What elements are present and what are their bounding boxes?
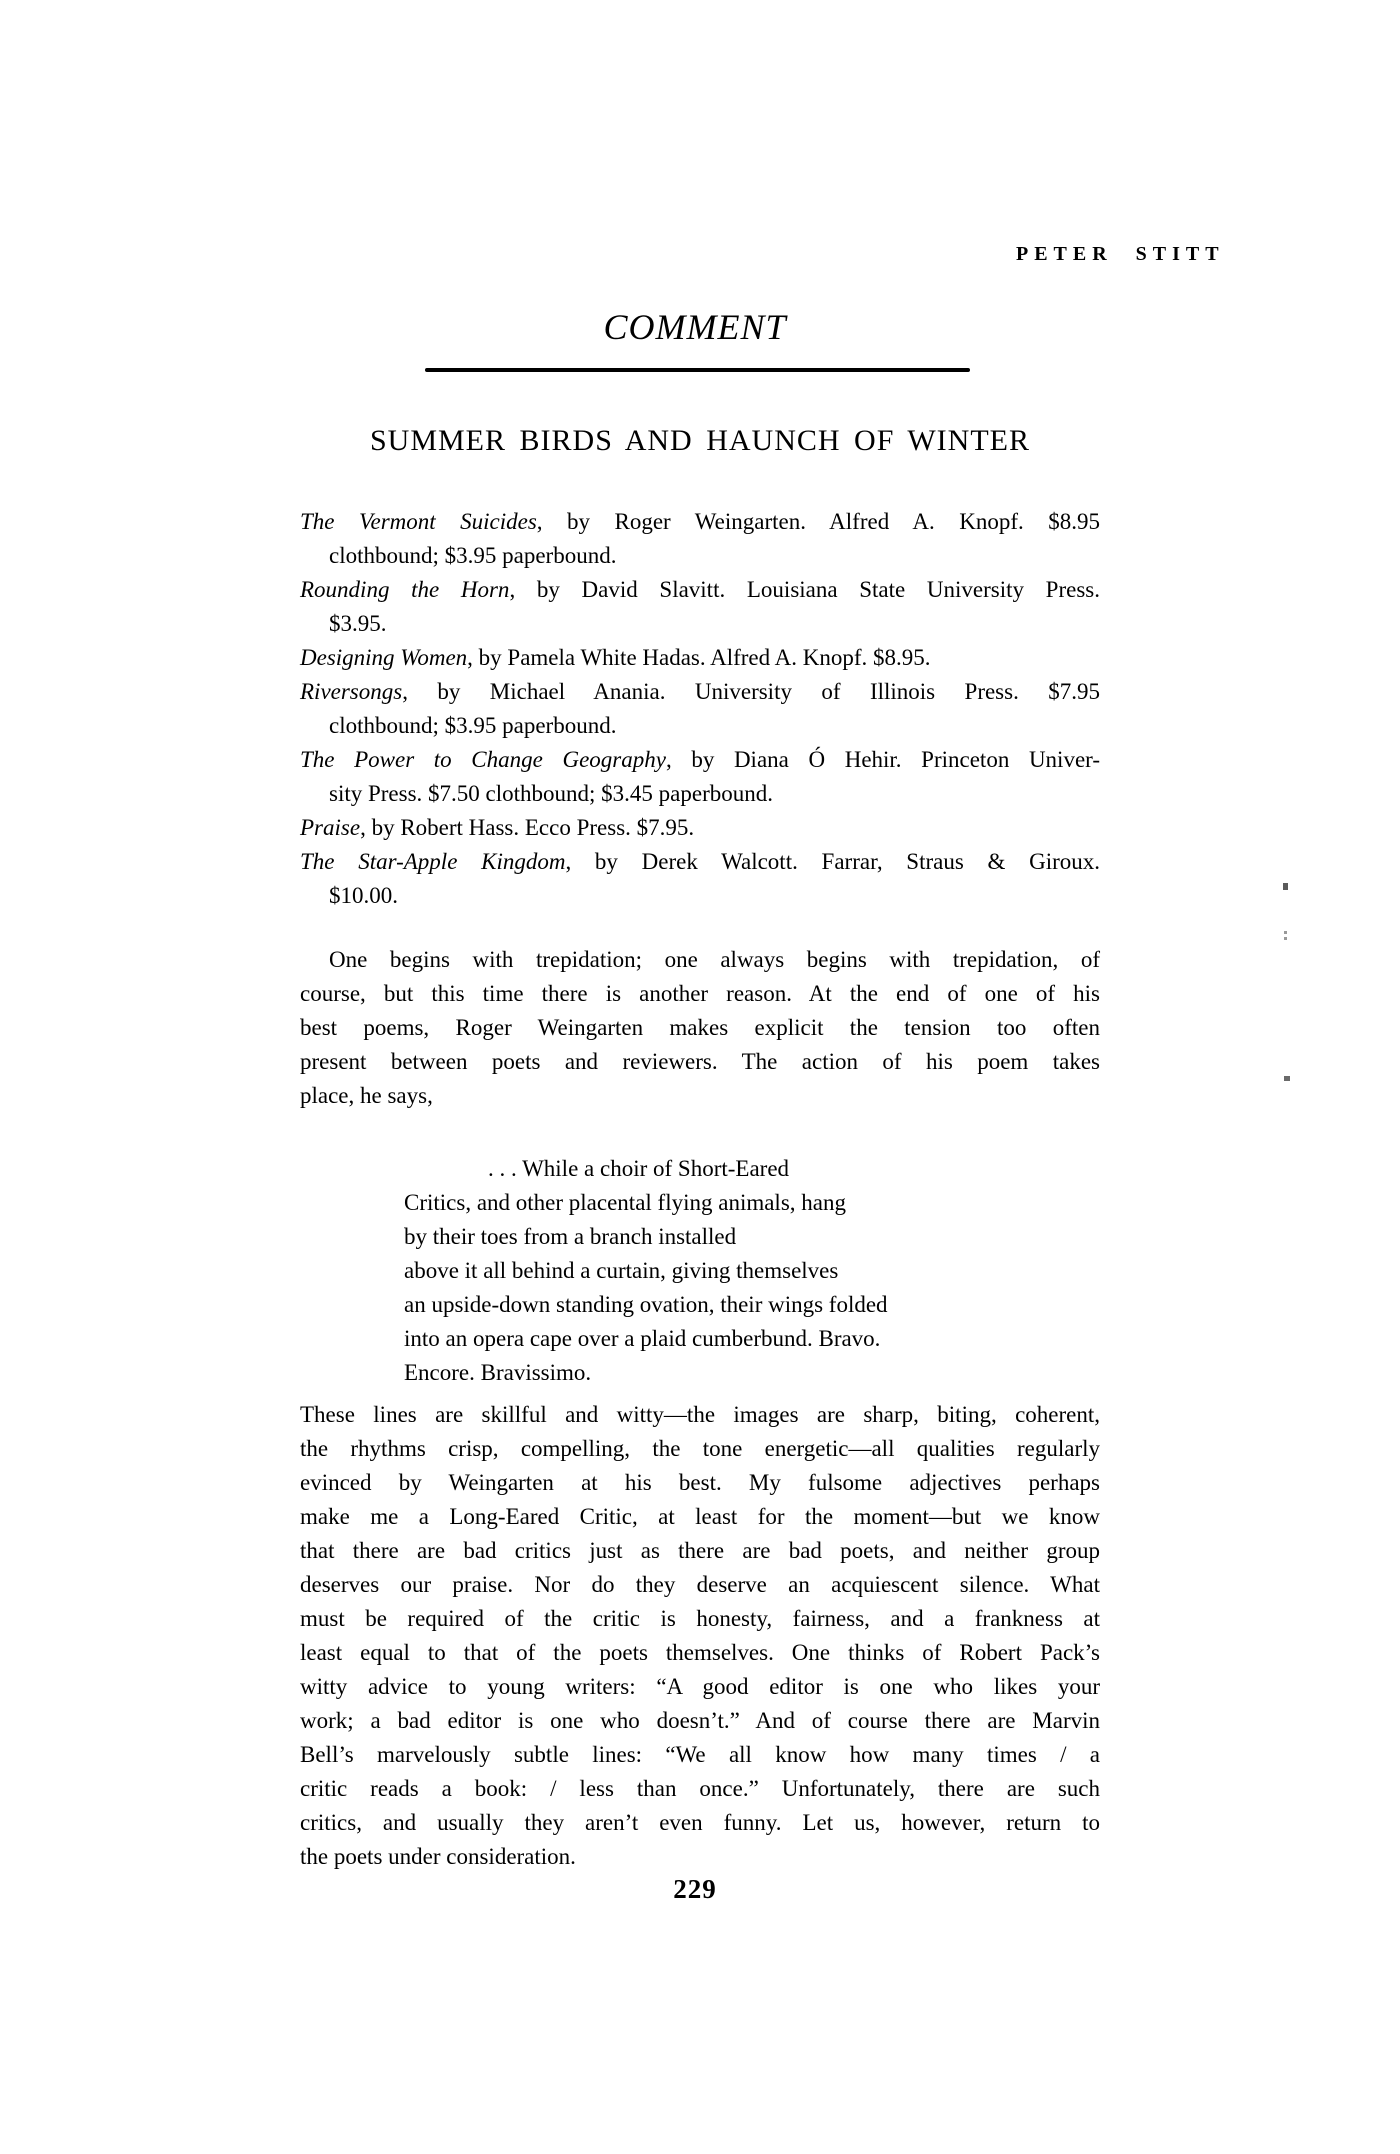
scan-artifact-speck — [1284, 937, 1287, 940]
text-line: One begins with trepidation; one always … — [300, 943, 1100, 977]
bibliography-line: The Star-Apple Kingdom, by Derek Walcott… — [300, 845, 1100, 879]
text-line: Bell’s marvelously subtle lines: “We all… — [300, 1738, 1100, 1772]
poem-line: into an opera cape over a plaid cumberbu… — [404, 1322, 1100, 1356]
bibliography-entry: Designing Women, by Pamela White Hadas. … — [300, 641, 1100, 675]
poem-quote: . . . While a choir of Short-EaredCritic… — [404, 1152, 1100, 1390]
bibliography-list: The Vermont Suicides, by Roger Weingarte… — [300, 505, 1100, 913]
text-line: deserves our praise. Nor do they deserve… — [300, 1568, 1100, 1602]
text-line: make me a Long-Eared Critic, at least fo… — [300, 1500, 1100, 1534]
bibliography-entry: Praise, by Robert Hass. Ecco Press. $7.9… — [300, 811, 1100, 845]
bibliography-line: Riversongs, by Michael Anania. Universit… — [300, 675, 1100, 709]
book-title: Praise — [300, 815, 360, 840]
book-details: clothbound; $3.95 paperbound. — [329, 713, 616, 738]
section-heading: COMMENT — [0, 306, 1390, 348]
text-line: present between poets and reviewers. The… — [300, 1045, 1100, 1079]
text-line: witty advice to young writers: “A good e… — [300, 1670, 1100, 1704]
book-details: $3.95. — [329, 611, 387, 636]
text-line: least equal to that of the poets themsel… — [300, 1636, 1100, 1670]
poem-line: by their toes from a branch installed — [404, 1220, 1100, 1254]
book-details: sity Press. $7.50 clothbound; $3.45 pape… — [329, 781, 773, 806]
poem-line: an upside-down standing ovation, their w… — [404, 1288, 1100, 1322]
text-line: critic reads a book: / less than once.” … — [300, 1772, 1100, 1806]
text-line: evinced by Weingarten at his best. My fu… — [300, 1466, 1100, 1500]
bibliography-line: The Vermont Suicides, by Roger Weingarte… — [300, 505, 1100, 539]
paragraph-two: These lines are skillful and witty—the i… — [300, 1398, 1100, 1874]
scan-artifact-speck — [1284, 1076, 1290, 1081]
bibliography-entry: The Star-Apple Kingdom, by Derek Walcott… — [300, 845, 1100, 913]
book-details: , by Roger Weingarten. Alfred A. Knopf. … — [537, 509, 1100, 534]
bibliography-line: Rounding the Horn, by David Slavitt. Lou… — [300, 573, 1100, 607]
bibliography-line: $10.00. — [300, 879, 1100, 913]
book-title: Designing Women — [300, 645, 467, 670]
book-details: , by Derek Walcott. Farrar, Straus & Gir… — [565, 849, 1100, 874]
scanned-book-page: PETER STITT COMMENT SUMMER BIRDS AND HAU… — [0, 0, 1400, 2154]
running-head-author: PETER STITT — [1016, 243, 1225, 266]
bibliography-entry: Riversongs, by Michael Anania. Universit… — [300, 675, 1100, 743]
bibliography-line: Praise, by Robert Hass. Ecco Press. $7.9… — [300, 811, 1100, 845]
text-line: These lines are skillful and witty—the i… — [300, 1398, 1100, 1432]
book-details: , by Pamela White Hadas. Alfred A. Knopf… — [467, 645, 930, 670]
text-line: the rhythms crisp, compelling, the tone … — [300, 1432, 1100, 1466]
poem-line: above it all behind a curtain, giving th… — [404, 1254, 1100, 1288]
book-details: , by David Slavitt. Louisiana State Univ… — [509, 577, 1100, 602]
text-line: critics, and usually they aren’t even fu… — [300, 1806, 1100, 1840]
book-details: , by Diana Ó Hehir. Princeton Univer- — [666, 747, 1100, 772]
book-title: Rounding the Horn — [300, 577, 509, 602]
bibliography-entry: The Power to Change Geography, by Diana … — [300, 743, 1100, 811]
heading-rule — [425, 368, 970, 372]
bibliography-line: clothbound; $3.95 paperbound. — [300, 709, 1100, 743]
bibliography-line: clothbound; $3.95 paperbound. — [300, 539, 1100, 573]
bibliography-line: sity Press. $7.50 clothbound; $3.45 pape… — [300, 777, 1100, 811]
scan-artifact-speck — [1284, 931, 1287, 934]
book-details: , by Robert Hass. Ecco Press. $7.95. — [360, 815, 694, 840]
page-number: 229 — [0, 1874, 1390, 1905]
bibliography-entry: Rounding the Horn, by David Slavitt. Lou… — [300, 573, 1100, 641]
book-title: The Power to Change Geography — [300, 747, 666, 772]
text-line: that there are bad critics just as there… — [300, 1534, 1100, 1568]
bibliography-line: $3.95. — [300, 607, 1100, 641]
text-line: must be required of the critic is honest… — [300, 1602, 1100, 1636]
book-details: clothbound; $3.95 paperbound. — [329, 543, 616, 568]
text-column: The Vermont Suicides, by Roger Weingarte… — [300, 505, 1100, 1874]
poem-line: . . . While a choir of Short-Eared — [404, 1152, 1100, 1186]
text-line: place, he says, — [300, 1079, 1100, 1113]
text-line: best poems, Roger Weingarten makes expli… — [300, 1011, 1100, 1045]
bibliography-line: The Power to Change Geography, by Diana … — [300, 743, 1100, 777]
book-details: , by Michael Anania. University of Illin… — [402, 679, 1100, 704]
scan-artifact-speck — [1283, 883, 1288, 890]
book-title: The Vermont Suicides — [300, 509, 537, 534]
poem-line: Encore. Bravissimo. — [404, 1356, 1100, 1390]
poem-line: Critics, and other placental flying anim… — [404, 1186, 1100, 1220]
book-title: The Star-Apple Kingdom — [300, 849, 565, 874]
article-title: SUMMER BIRDS AND HAUNCH OF WINTER — [0, 424, 1400, 458]
paragraph-one: One begins with trepidation; one always … — [300, 943, 1100, 1113]
bibliography-line: Designing Women, by Pamela White Hadas. … — [300, 641, 1100, 675]
book-title: Riversongs — [300, 679, 402, 704]
text-line: course, but this time there is another r… — [300, 977, 1100, 1011]
bibliography-entry: The Vermont Suicides, by Roger Weingarte… — [300, 505, 1100, 573]
text-line: the poets under consideration. — [300, 1840, 1100, 1874]
text-line: work; a bad editor is one who doesn’t.” … — [300, 1704, 1100, 1738]
book-details: $10.00. — [329, 883, 398, 908]
